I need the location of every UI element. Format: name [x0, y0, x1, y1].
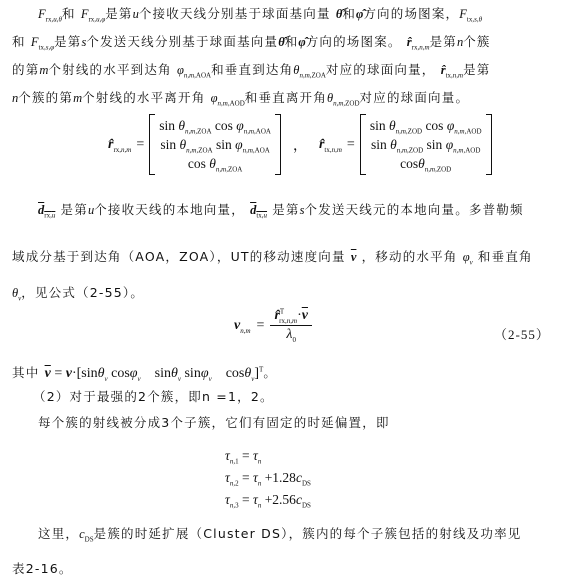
paragraph2-line3: θv，见公式（2-55）。 — [12, 285, 144, 301]
text: 是第 — [54, 34, 81, 49]
text-and: 和 — [62, 6, 76, 21]
text: 个接收天线分别基于球面基向量 — [139, 6, 331, 21]
text: 和 — [285, 34, 299, 49]
text: 这里， — [38, 526, 79, 541]
closing-line2: 表2-16。 — [12, 561, 73, 577]
text: 个簇 — [463, 34, 490, 49]
paragraph2-line2: 域成分基于到达角（AOA，ZOA），UT的移动速度向量 v ，移动的水平角 φv… — [12, 249, 533, 265]
r-tx-symbol: r̂tx,n,m — [319, 137, 342, 153]
text: 和垂直离开角 — [245, 90, 327, 105]
matrix-tx: sin θn,m,ZOD cos φn,m,AOD sin θn,m,ZOD s… — [360, 114, 492, 175]
item-2: （2）对于最强的2个簇，即n =1，2。 — [33, 389, 274, 405]
text: 和 — [12, 34, 26, 49]
text: 是第 — [105, 6, 132, 21]
text: 是第 — [272, 202, 299, 217]
subcluster-intro: 每个簇的射线被分成3个子簇，它们有固定的时延偏置，即 — [38, 415, 390, 431]
text: 个发送天线元的本地向量。多普勒频 — [305, 202, 524, 217]
spherical-vector-equation: r̂rx,n,m = sin θn,m,ZOA cos φn,m,AOA sin… — [108, 114, 492, 175]
text: 是第 — [61, 202, 88, 217]
text: ，见公式（2-55）。 — [21, 285, 144, 300]
doppler-equation: vn,m = r̂Trx,n,m·v λ0 — [234, 308, 312, 343]
text: ，移动的水平角 — [362, 249, 458, 264]
text: 个簇的第 — [18, 90, 73, 105]
tau-equation-3: τn,3 = τn +2.56cDS — [225, 490, 311, 510]
text: 方向的场图案， — [363, 6, 459, 21]
text: 个射线的水平到达角 — [48, 62, 171, 77]
text: 的第 — [12, 62, 39, 77]
text: 是第 — [430, 34, 457, 49]
text: 。 — [263, 365, 277, 380]
separator: ， — [293, 135, 307, 155]
text: 个射线的水平离开角 — [82, 90, 205, 105]
text: 对应的球面向量。 — [360, 90, 470, 105]
text: 和垂直到达角 — [211, 62, 293, 77]
r-rx-symbol: r̂rx,n,m — [108, 137, 131, 153]
closing-line1: 这里，cDS是簇的时延扩展（Cluster DS），簇内的每个子簇包括的射线及功… — [38, 526, 521, 542]
paragraph1-line1: Frx,u,θ和 Frx,u,φ是第u个接收天线分别基于球面基向量 θ̂和φ̂方… — [38, 6, 482, 22]
text: 和垂直角 — [478, 249, 533, 264]
paragraph2-line1: drx,u 是第u个接收天线的本地向量， dtx,u 是第s个发送天线元的本地向… — [38, 202, 524, 218]
text: 个发送天线分别基于球面基向量 — [86, 34, 278, 49]
text: 个接收天线的本地向量， — [94, 202, 245, 217]
equation-number: （2-55） — [494, 324, 550, 343]
text: 对应的球面向量， — [326, 62, 436, 77]
paragraph1-line4: n个簇的第m个射线的水平离开角 φn,m,AOD和垂直离开角θn,m,ZOD对应… — [12, 90, 469, 106]
text: 其中 — [12, 365, 39, 380]
velocity-definition: 其中 v = v·[sinθv cosφv sinθv sinφv cosθv]… — [12, 365, 277, 382]
paragraph1-line2: 和 Ftx,s,φ是第s个发送天线分别基于球面基向量θ̂和φ̂方向的场图案。 r… — [12, 34, 491, 50]
tau-equation-1: τn,1 = τn — [225, 446, 261, 466]
text: 域成分基于到达角（AOA，ZOA），UT的移动速度向量 — [12, 249, 346, 264]
text: 方向的场图案。 — [306, 34, 402, 49]
text: 是簇的时延扩展（Cluster DS），簇内的每个子簇包括的射线及功率见 — [94, 526, 522, 541]
text: 是第 — [463, 62, 490, 77]
doppler-fraction: r̂Trx,n,m·v λ0 — [270, 308, 312, 343]
paragraph1-line3: 的第m个射线的水平到达角 φn,m,AOA和垂直到达角θn,m,ZOA对应的球面… — [12, 62, 490, 78]
matrix-rx: sin θn,m,ZOA cos φn,m,AOA sin θn,m,ZOA s… — [149, 114, 281, 175]
tau-equation-2: τn,2 = τn +1.28cDS — [225, 468, 311, 488]
text: 和 — [342, 6, 356, 21]
